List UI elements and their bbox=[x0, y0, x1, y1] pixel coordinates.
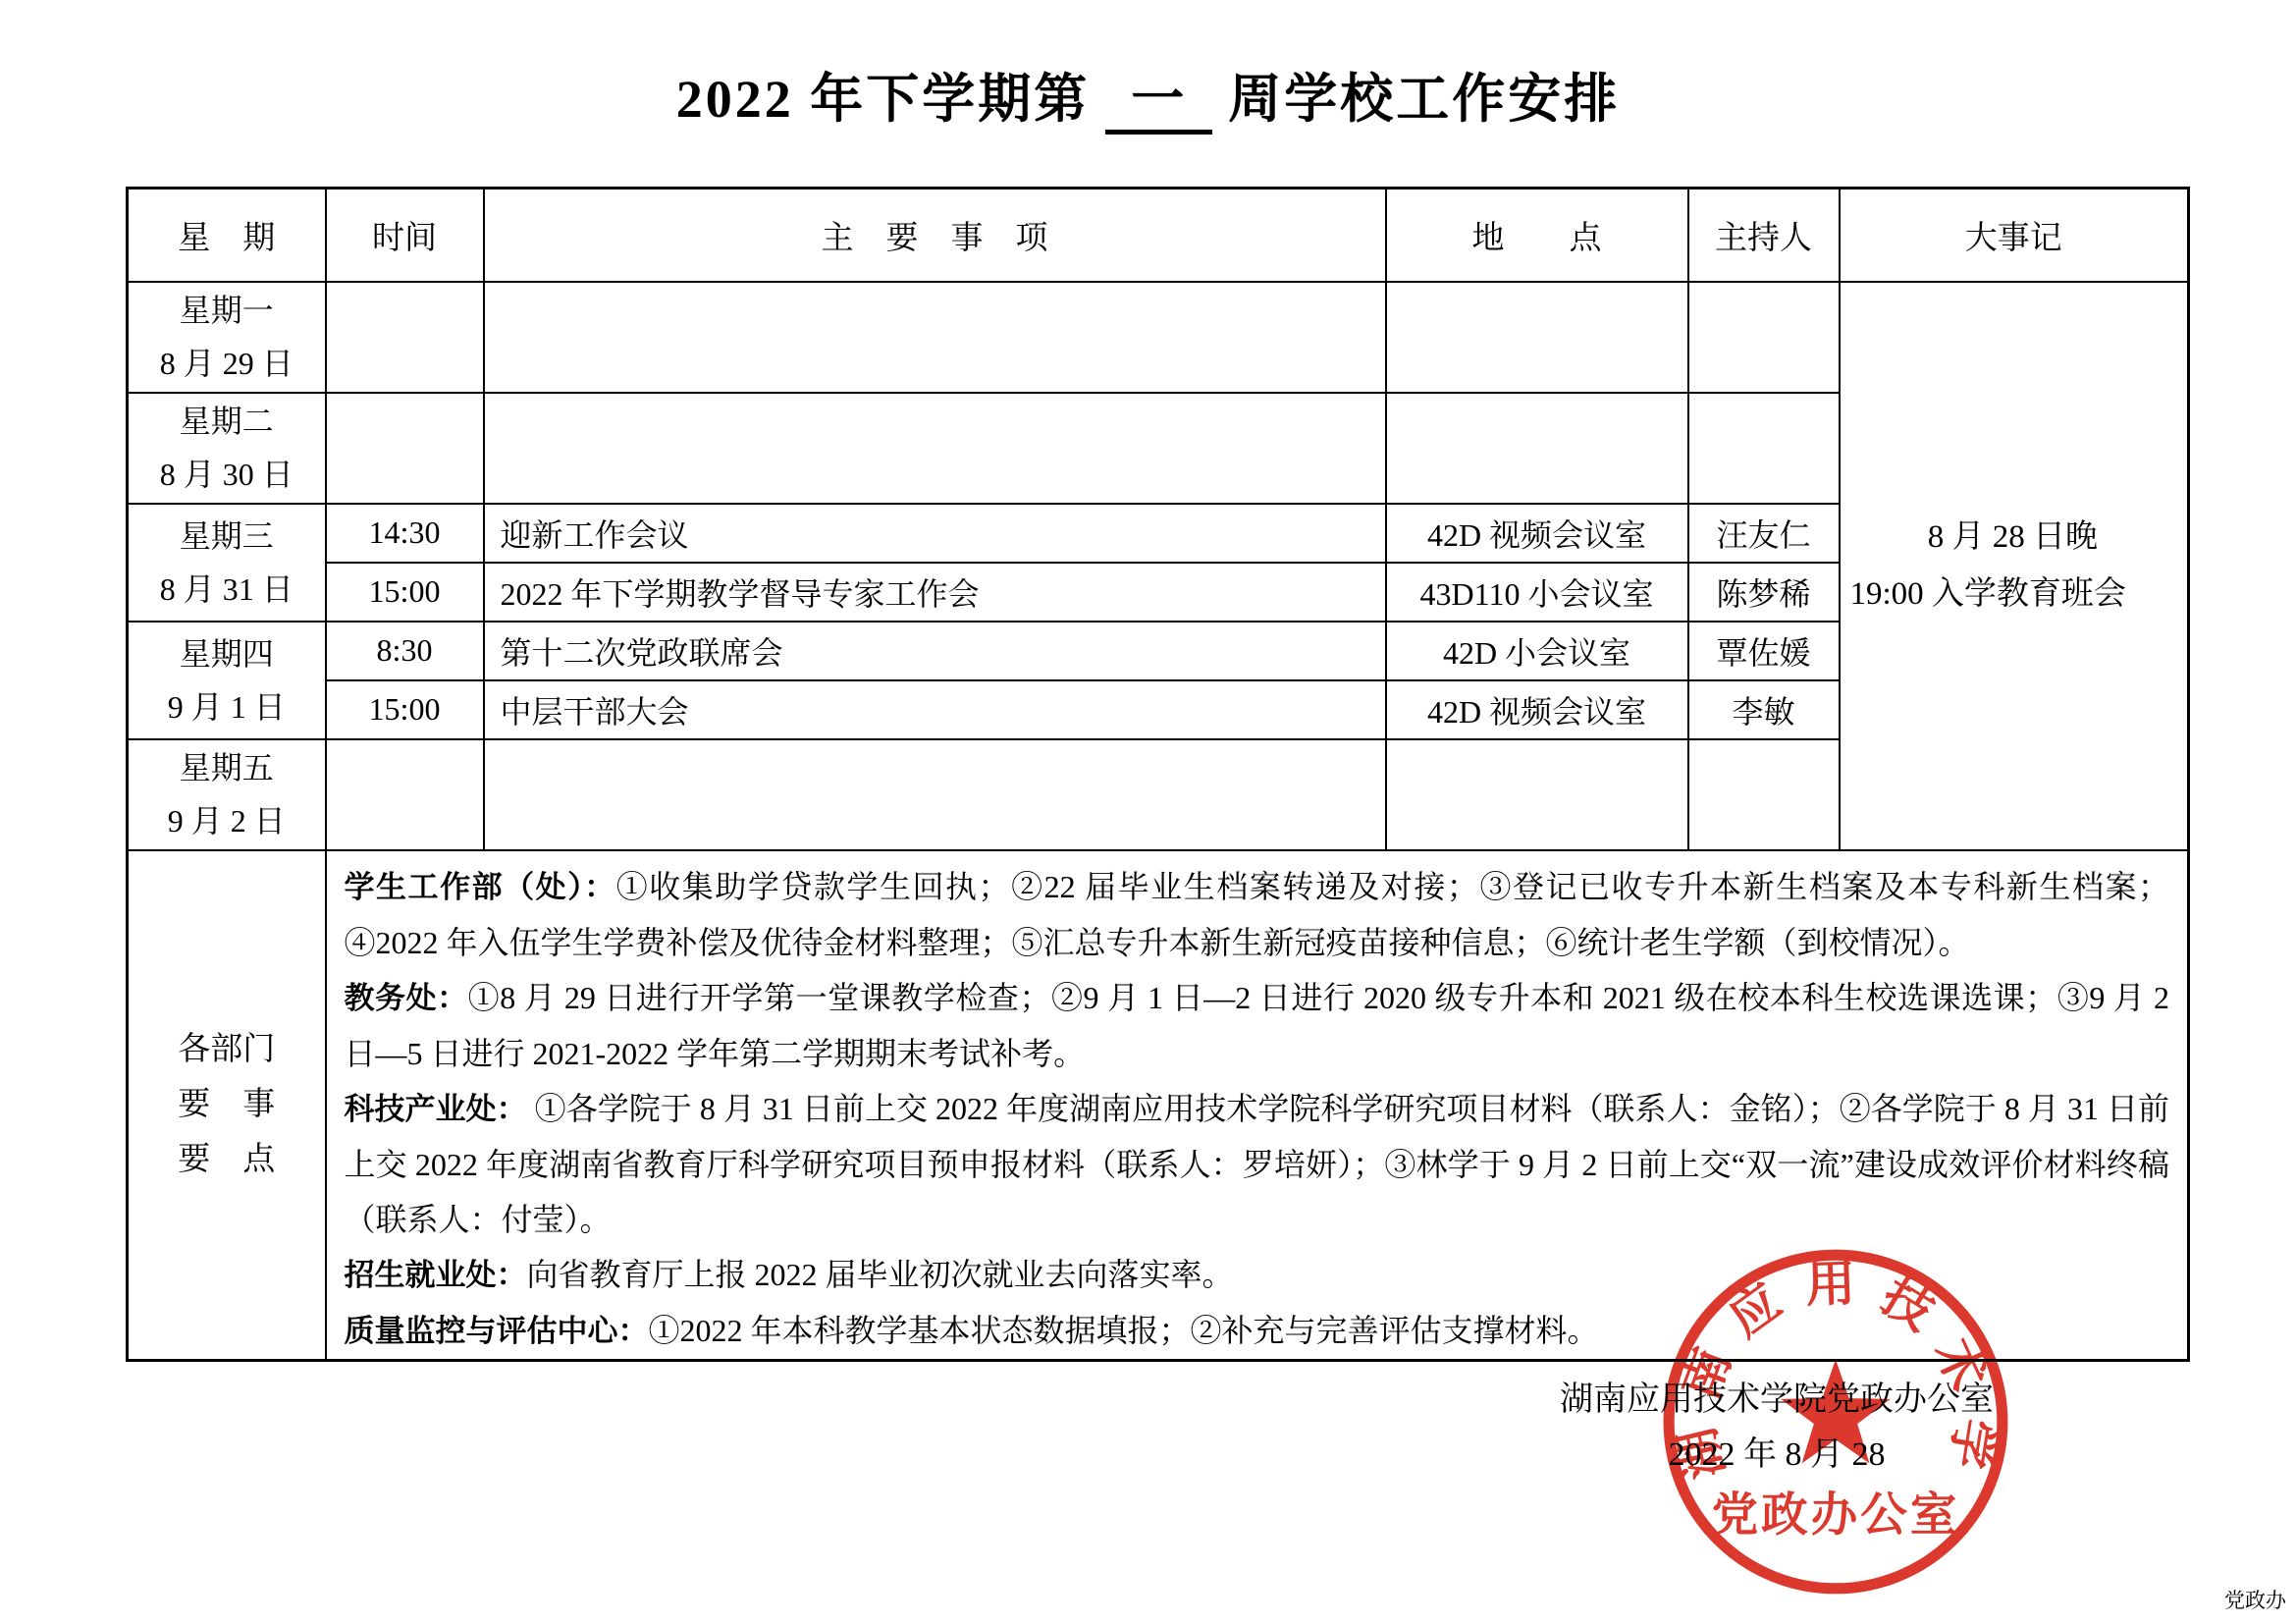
item-cell: 2022 年下学期教学督导专家工作会 bbox=[484, 563, 1386, 622]
header-time: 时间 bbox=[326, 189, 484, 282]
dept-text: ①2022 年本科教学基本状态数据填报；②补充与完善评估支撑材料。 bbox=[649, 1313, 1599, 1348]
place-cell bbox=[1386, 393, 1688, 504]
day-date: 8 月 31 日 bbox=[129, 563, 325, 616]
dept-name: 教务处： bbox=[345, 981, 468, 1015]
time-cell: 8:30 bbox=[326, 622, 484, 680]
table-row-monday: 星期一 8 月 29 日 8 月 28 日晚 19:00 入学教育班会 bbox=[128, 282, 2189, 393]
corner-note: 党政办 bbox=[2224, 1585, 2286, 1614]
departments-label-line: 要 点 bbox=[129, 1132, 325, 1187]
day-name: 星期一 bbox=[129, 284, 325, 337]
svg-text:湖南应用技术学院: 湖南应用技术学院 bbox=[1657, 1243, 2003, 1485]
dept-text: 向省教育厅上报 2022 届毕业初次就业去向落实率。 bbox=[527, 1257, 1234, 1292]
item-cell: 迎新工作会议 bbox=[484, 504, 1386, 563]
item-cell bbox=[484, 393, 1386, 504]
departments-label-line: 要 事 bbox=[129, 1077, 325, 1132]
place-cell: 42D 小会议室 bbox=[1386, 622, 1688, 680]
day-cell-thursday: 星期四 9 月 1 日 bbox=[128, 622, 326, 739]
header-memo: 大事记 bbox=[1840, 189, 2189, 282]
official-seal-stamp: 湖南应用技术学院 党政办公室 bbox=[1657, 1243, 2014, 1600]
dept-name: 招生就业处： bbox=[345, 1258, 527, 1292]
host-cell bbox=[1688, 282, 1840, 393]
day-date: 9 月 1 日 bbox=[129, 680, 325, 733]
stamp-ring-text: 湖南应用技术学院 bbox=[1657, 1243, 2003, 1485]
table-header-row: 星 期 时间 主 要 事 项 地 点 主持人 大事记 bbox=[128, 189, 2189, 282]
day-cell-tuesday: 星期二 8 月 30 日 bbox=[128, 393, 326, 504]
host-cell: 陈梦稀 bbox=[1688, 563, 1840, 622]
host-cell: 李敏 bbox=[1688, 680, 1840, 739]
departments-label: 各部门 要 事 要 点 bbox=[128, 850, 326, 1361]
time-cell: 15:00 bbox=[326, 563, 484, 622]
item-cell bbox=[484, 282, 1386, 393]
title-prefix: 2022 年下学期第 bbox=[676, 70, 1091, 129]
stamp-star-icon bbox=[1781, 1359, 1891, 1463]
place-cell: 43D110 小会议室 bbox=[1386, 563, 1688, 622]
memo-text: 8 月 28 日晚 19:00 入学教育班会 bbox=[1850, 509, 2178, 623]
host-cell bbox=[1688, 393, 1840, 504]
dept-name: 质量监控与评估中心： bbox=[345, 1314, 649, 1348]
item-cell: 中层干部大会 bbox=[484, 680, 1386, 739]
dept-text: ①8 月 29 日进行开学第一堂课教学检查；②9 月 1 日—2 日进行 202… bbox=[345, 980, 2170, 1071]
title-week-number: 一 bbox=[1105, 69, 1212, 135]
time-cell bbox=[326, 282, 484, 393]
header-host: 主持人 bbox=[1688, 189, 1840, 282]
day-name: 星期二 bbox=[129, 395, 325, 448]
header-weekday: 星 期 bbox=[128, 189, 326, 282]
place-cell bbox=[1386, 282, 1688, 393]
item-cell bbox=[484, 739, 1386, 850]
place-cell: 42D 视频会议室 bbox=[1386, 680, 1688, 739]
header-main-items: 主 要 事 项 bbox=[484, 189, 1386, 282]
host-cell bbox=[1688, 739, 1840, 850]
dept-name: 科技产业处： bbox=[345, 1092, 527, 1126]
time-cell: 14:30 bbox=[326, 504, 484, 563]
day-name: 星期四 bbox=[129, 627, 325, 680]
day-date: 8 月 30 日 bbox=[129, 448, 325, 501]
day-cell-monday: 星期一 8 月 29 日 bbox=[128, 282, 326, 393]
stamp-bottom-text: 党政办公室 bbox=[1712, 1489, 1960, 1542]
dept-text: ①收集助学贷款学生回执；②22 届毕业生档案转递及对接；③登记已收专升本新生档案… bbox=[345, 869, 2170, 960]
day-name: 星期三 bbox=[129, 510, 325, 563]
page-title: 2022 年下学期第一周学校工作安排 bbox=[0, 57, 2296, 135]
departments-label-line: 各部门 bbox=[129, 1022, 325, 1077]
schedule-table: 星 期 时间 主 要 事 项 地 点 主持人 大事记 星期一 8 月 29 日 … bbox=[126, 187, 2190, 1362]
day-name: 星期五 bbox=[129, 741, 325, 794]
item-cell: 第十二次党政联席会 bbox=[484, 622, 1386, 680]
time-cell bbox=[326, 739, 484, 850]
dept-text: ①各学院于 8 月 31 日前上交 2022 年度湖南应用技术学院科学研究项目材… bbox=[345, 1091, 2170, 1237]
title-suffix: 周学校工作安排 bbox=[1228, 70, 1620, 129]
dept-name: 学生工作部（处）： bbox=[345, 870, 616, 904]
day-cell-friday: 星期五 9 月 2 日 bbox=[128, 739, 326, 850]
day-date: 8 月 29 日 bbox=[129, 337, 325, 390]
dept-para-academic-affairs: 教务处：①8 月 29 日进行开学第一堂课教学检查；②9 月 1 日—2 日进行… bbox=[345, 970, 2170, 1081]
time-cell bbox=[326, 393, 484, 504]
header-place: 地 点 bbox=[1386, 189, 1688, 282]
memo-cell: 8 月 28 日晚 19:00 入学教育班会 bbox=[1840, 282, 2189, 850]
dept-para-student-affairs: 学生工作部（处）：①收集助学贷款学生回执；②22 届毕业生档案转递及对接；③登记… bbox=[345, 859, 2170, 970]
day-date: 9 月 2 日 bbox=[129, 794, 325, 847]
host-cell: 汪友仁 bbox=[1688, 504, 1840, 563]
day-cell-wednesday: 星期三 8 月 31 日 bbox=[128, 504, 326, 622]
time-cell: 15:00 bbox=[326, 680, 484, 739]
host-cell: 覃佐媛 bbox=[1688, 622, 1840, 680]
place-cell bbox=[1386, 739, 1688, 850]
dept-para-sci-tech-industry: 科技产业处： ①各学院于 8 月 31 日前上交 2022 年度湖南应用技术学院… bbox=[345, 1081, 2170, 1247]
place-cell: 42D 视频会议室 bbox=[1386, 504, 1688, 563]
